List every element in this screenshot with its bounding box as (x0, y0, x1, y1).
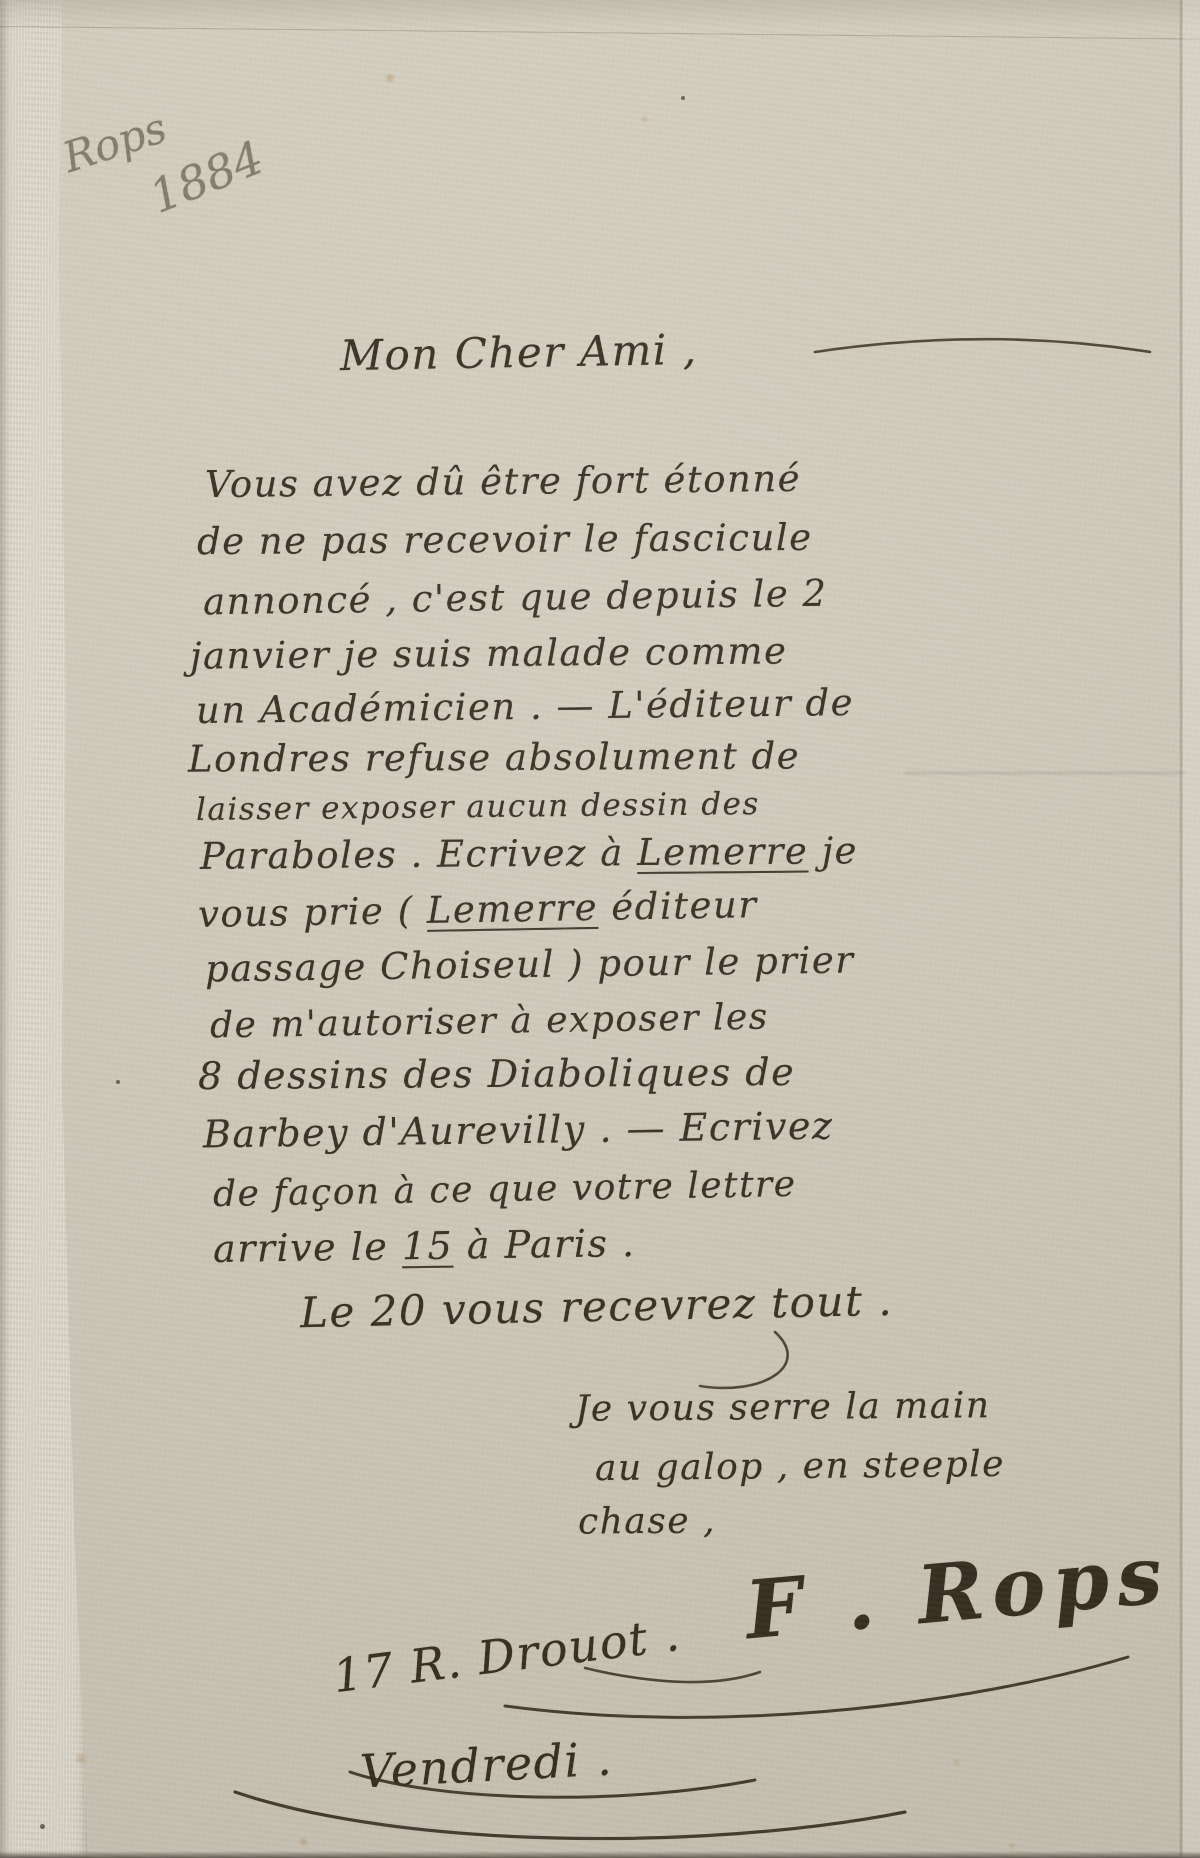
salutation-flourish (815, 339, 1150, 352)
letter-line: 8 dessins des Diaboliques de (198, 1052, 795, 1098)
recevrez-tail-flourish (700, 1332, 788, 1388)
letter-scan: Rops 1884 Mon Cher Ami , Vous avez dû êt… (0, 0, 1200, 1858)
letter-line: Londres refuse absolument de (188, 736, 800, 780)
letter-salutation: Mon Cher Ami , (340, 327, 698, 379)
ink-speck (681, 96, 685, 100)
drouot-tail-flourish (585, 1668, 760, 1682)
letter-line-text: à Paris . (453, 1221, 636, 1268)
bottom-swoosh-flourish (235, 1792, 905, 1839)
letter-line-text: vous prie ( (198, 889, 428, 936)
binding-strip (0, 0, 88, 1858)
paper-right-crease (1180, 0, 1182, 1858)
letter-line-text: arrive le (213, 1224, 403, 1271)
letter-line: de ne pas recevoir le fascicule (197, 518, 813, 563)
letter-line: Vous avez dû être fort étonné (205, 459, 801, 506)
underlined-word: Lemerre (426, 886, 598, 932)
letter-line: Le 20 vous recevrez tout . (300, 1278, 894, 1337)
letter-line: arrive le 15 à Paris . (213, 1223, 636, 1271)
foxing-spot (1008, 1842, 1016, 1850)
letter-closing-line: au galop , en steeple (595, 1445, 1005, 1489)
letter-line: laisser exposer aucun dessin des (196, 787, 760, 827)
letter-closing-line: chase , (578, 1502, 716, 1543)
letter-line-text: Paraboles . Ecrivez à (200, 831, 637, 878)
address-line: 17 R. Drouot . (330, 1609, 683, 1702)
paper-bottom-edge (0, 1851, 1200, 1858)
underlined-word: Lemerre (637, 830, 809, 874)
foxing-spot (640, 115, 649, 124)
letter-line-text: éditeur (598, 883, 758, 929)
letter-line: un Académicien . — L'éditeur de (196, 683, 854, 732)
letter-line: de façon à ce que votre lettre (213, 1165, 797, 1215)
date-line: Vendredi . (359, 1733, 614, 1797)
letter-line-text: je (808, 829, 858, 872)
foxing-spot (298, 1836, 309, 1847)
paper-top-edge-line (0, 26, 1200, 40)
foxing-spot (384, 72, 396, 84)
letter-closing-line: Je vous serre la main (575, 1386, 991, 1429)
letter-line: janvier je suis malade comme (190, 631, 788, 677)
letter-line: annoncé , c'est que depuis le 2 (203, 574, 828, 623)
letter-line: Barbey d'Aurevilly . — Ecrivez (203, 1106, 834, 1157)
ink-speck (116, 1080, 120, 1084)
letter-line: de m'autoriser à exposer les (210, 998, 769, 1046)
paper-top-edge (0, 0, 1200, 28)
paper-right-margin (1183, 0, 1200, 1858)
underlined-word: 15 (402, 1224, 454, 1269)
signature: F . Rops (742, 1530, 1173, 1655)
foxing-spot (952, 1758, 961, 1767)
letter-line: vous prie ( Lemerre éditeur (198, 885, 758, 935)
letter-line: passage Choiseul ) pour le prier (205, 940, 855, 990)
letter-line: Paraboles . Ecrivez à Lemerre je (200, 831, 858, 877)
paper-fold-crease (905, 772, 1185, 774)
